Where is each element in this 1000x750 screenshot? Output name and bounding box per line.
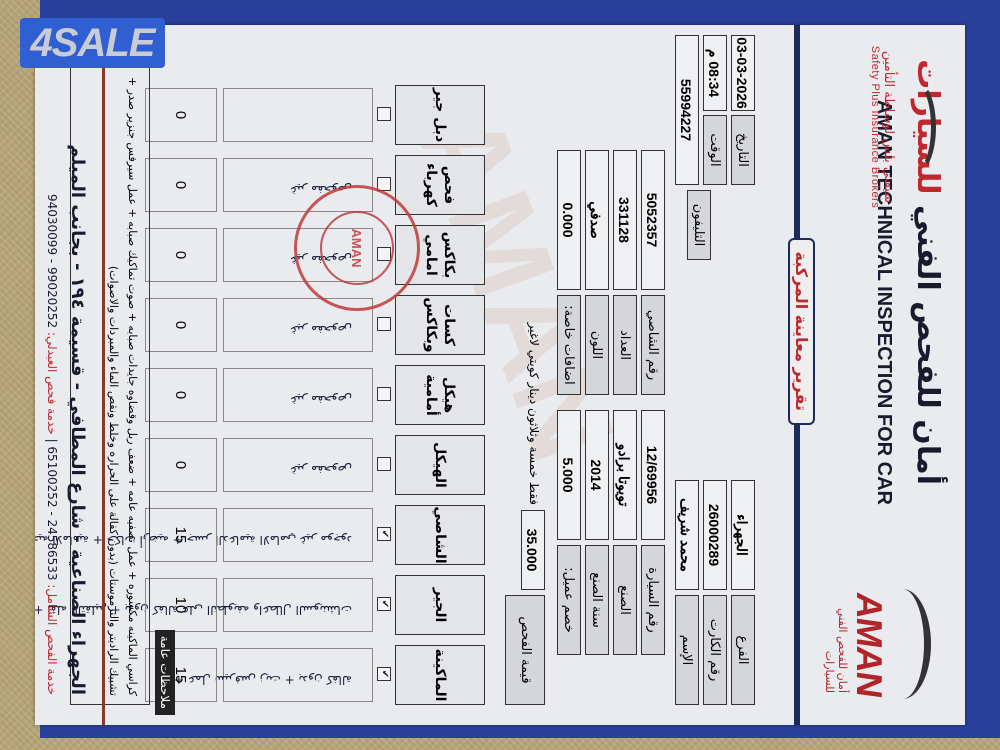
car-no-label: رقم السيارة xyxy=(641,545,665,655)
category-checkbox[interactable]: ✔ xyxy=(377,667,391,681)
category-7: فحص كهرباء xyxy=(395,155,485,215)
name-label: الإسم xyxy=(675,595,699,705)
fee-value: 35.000 xyxy=(521,510,545,590)
category-score: 0 xyxy=(145,88,217,142)
date-value: 03-03-2026 xyxy=(731,35,755,111)
report-header: AMAN أمان للفحص الفني للسيارات أمان للفح… xyxy=(765,25,965,725)
category-score: 0 xyxy=(145,158,217,212)
fee-in-words: فقط خمسة وثلاثون دينار كويتي لاغير xyxy=(527,323,541,505)
footer-phones: خدمة الفحص الشامل: 24586533 - 65100252 |… xyxy=(45,194,59,695)
category-score: 10 xyxy=(145,578,217,632)
year-label: سنة الصنع xyxy=(585,545,609,655)
category-checkbox[interactable] xyxy=(377,457,391,471)
year-value: 2014 xyxy=(585,410,609,540)
category-checkbox[interactable] xyxy=(377,387,391,401)
category-note: بد + عمل سيرفس زيت + بدون كفالة xyxy=(223,648,373,702)
inspection-report-document: AMAN AMAN أمان للفحص الفني للسيارات أمان… xyxy=(35,25,965,725)
discount-value: 5.000 xyxy=(557,410,581,540)
time-label: الوقت xyxy=(703,115,727,185)
branch-value: الجهراء xyxy=(731,480,755,590)
chassis-value: 5052357 xyxy=(641,150,665,290)
category-note: بد + نقله بالتقليم + بدون كفالة على التط… xyxy=(223,578,373,632)
card-no-label: رقم الكارت xyxy=(703,595,727,705)
category-note: غير مفحوص xyxy=(223,368,373,422)
company-stamp: AMAN xyxy=(294,185,420,311)
category-4: هيكل أمامية xyxy=(395,365,485,425)
report-badge: تقرير معاينة المركبة xyxy=(788,238,815,425)
category-score: 0 xyxy=(145,298,217,352)
make-label: الصنع xyxy=(613,545,637,655)
category-checkbox[interactable] xyxy=(377,317,391,331)
category-note: بد + ضربه بطواحيه الامامية + حكات أرضيه … xyxy=(223,508,373,562)
category-checkbox[interactable] xyxy=(377,107,391,121)
extras-value: 0.000 xyxy=(557,150,581,290)
category-8: دبل جير xyxy=(395,85,485,145)
make-value: تويوتا برادو xyxy=(613,410,637,540)
color-value: صدفي xyxy=(585,150,609,290)
fee-label: قيمة الفحص xyxy=(505,595,545,705)
extras-label: اضافات خاصة: xyxy=(557,295,581,395)
color-label: اللون xyxy=(585,295,609,395)
category-note xyxy=(223,88,373,142)
branch-label: الفرع xyxy=(731,595,755,705)
chassis-label: رقم الشاصي xyxy=(641,295,665,395)
general-notes-label: ملاحظات عامة xyxy=(155,630,175,715)
swoosh-icon xyxy=(900,82,936,172)
name-value: محمد شريف xyxy=(675,480,699,590)
date-label: التاريخ xyxy=(731,115,755,185)
category-score: 0 xyxy=(145,368,217,422)
time-value: 08:34 م xyxy=(703,35,727,111)
category-0: الماكينة xyxy=(395,645,485,705)
category-5: كسات وبكاكس xyxy=(395,295,485,355)
category-3: الهيكل xyxy=(395,435,485,495)
category-score: 15 xyxy=(145,508,217,562)
category-1: الجير xyxy=(395,575,485,635)
phone-label: التليفون xyxy=(687,190,711,260)
card-no-value: 26000289 xyxy=(703,480,727,590)
phone-value: 55994227 xyxy=(675,35,699,185)
4sale-watermark-badge: 4SALE xyxy=(20,18,165,68)
aman-logo: AMAN أمان للفحص الفني للسيارات xyxy=(835,587,945,707)
category-checkbox[interactable]: ✔ xyxy=(377,527,391,541)
footer-address: الجهراء الصناعية - شارع المطافي - قسيمة … xyxy=(67,144,88,695)
discount-label: خصم عميل: xyxy=(557,545,581,655)
odometer-label: العداد xyxy=(613,295,637,395)
odometer-value: 331128 xyxy=(613,150,637,290)
category-2: الشاصي xyxy=(395,505,485,565)
category-note: غير مفحوص xyxy=(223,438,373,492)
category-score: 0 xyxy=(145,438,217,492)
footer: الجهراء الصناعية - شارع المطافي - قسيمة … xyxy=(35,25,105,725)
car-no-value: 12/69956 xyxy=(641,410,665,540)
safety-plus-logo: سيفتي بلس لوساطة التأمين Safety Plus Ins… xyxy=(869,37,940,217)
category-score: 0 xyxy=(145,228,217,282)
category-checkbox[interactable]: ✔ xyxy=(377,597,391,611)
